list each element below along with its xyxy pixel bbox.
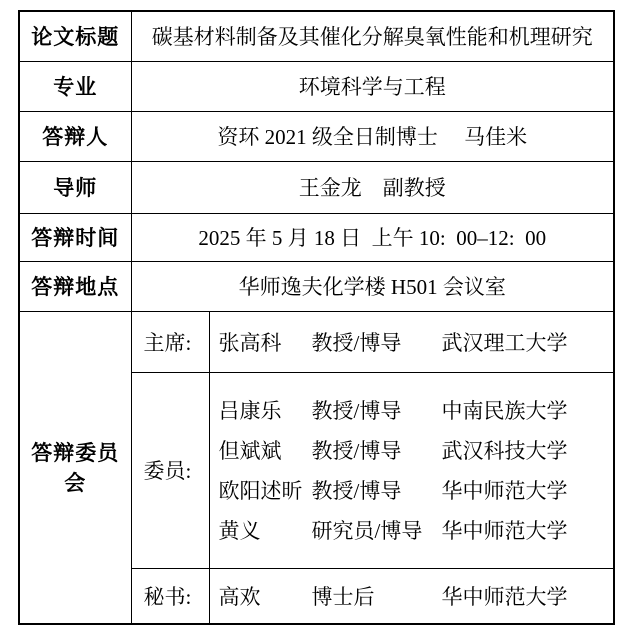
defender-label: 答辩人 [19,111,131,161]
committee-member-row: 高欢 博士后 华中师范大学 [210,581,614,611]
advisor-value: 王金龙 副教授 [131,161,614,213]
member-title: 教授/博导 [312,327,442,357]
defense-time-label: 答辩时间 [19,213,131,261]
row-thesis-title: 论文标题 碳基材料制备及其催化分解臭氧性能和机理研究 [19,11,614,61]
member-name: 黄义 [219,515,312,545]
advisor-label: 导师 [19,161,131,213]
member-name: 欧阳述昕 [219,475,312,505]
chair-role-label: 主席: [131,311,209,372]
row-major: 专业 环境科学与工程 [19,61,614,111]
member-affiliation: 华中师范大学 [442,581,614,611]
row-defense-location: 答辩地点 华师逸夫化学楼 H501 会议室 [19,261,614,311]
member-name: 高欢 [219,581,312,611]
committee-member-row: 吕康乐 教授/博导 中南民族大学 [210,390,614,430]
committee-member-row: 欧阳述昕 教授/博导 华中师范大学 [210,470,614,510]
member-title: 教授/博导 [312,395,442,425]
defense-time-value: 2025 年 5 月 18 日 上午 10: 00–12: 00 [131,213,614,261]
row-advisor: 导师 王金龙 副教授 [19,161,614,213]
major-label: 专业 [19,61,131,111]
major-value: 环境科学与工程 [131,61,614,111]
member-affiliation: 华中师范大学 [442,515,614,545]
chair-members-cell: 张高科 教授/博导 武汉理工大学 [209,311,614,372]
committee-member-row: 但斌斌 教授/博导 武汉科技大学 [210,430,614,470]
member-title: 研究员/博导 [312,515,442,545]
member-name: 张高科 [219,327,312,357]
thesis-title-value: 碳基材料制备及其催化分解臭氧性能和机理研究 [131,11,614,61]
row-defender: 答辩人 资环 2021 级全日制博士 马佳米 [19,111,614,161]
defense-info-table: 论文标题 碳基材料制备及其催化分解臭氧性能和机理研究 专业 环境科学与工程 答辩… [18,10,615,625]
members-cell: 吕康乐 教授/博导 中南民族大学 但斌斌 教授/博导 武汉科技大学 欧阳述昕 教… [209,372,614,568]
row-defense-time: 答辩时间 2025 年 5 月 18 日 上午 10: 00–12: 00 [19,213,614,261]
row-committee-chair: 答辩委员会 主席: 张高科 教授/博导 武汉理工大学 [19,311,614,372]
members-role-label: 委员: [131,372,209,568]
defense-location-label: 答辩地点 [19,261,131,311]
member-affiliation: 中南民族大学 [442,395,614,425]
member-affiliation: 华中师范大学 [442,475,614,505]
document-page: 论文标题 碳基材料制备及其催化分解臭氧性能和机理研究 专业 环境科学与工程 答辩… [0,0,630,641]
member-title: 教授/博导 [312,435,442,465]
secretary-members-cell: 高欢 博士后 华中师范大学 [209,568,614,624]
committee-member-row: 张高科 教授/博导 武汉理工大学 [210,327,614,357]
member-affiliation: 武汉科技大学 [442,435,614,465]
committee-member-row: 黄义 研究员/博导 华中师范大学 [210,510,614,550]
thesis-title-label: 论文标题 [19,11,131,61]
member-title: 教授/博导 [312,475,442,505]
member-affiliation: 武汉理工大学 [442,327,614,357]
defense-location-value: 华师逸夫化学楼 H501 会议室 [131,261,614,311]
member-name: 但斌斌 [219,435,312,465]
member-title: 博士后 [312,581,442,611]
committee-label: 答辩委员会 [19,311,131,624]
secretary-role-label: 秘书: [131,568,209,624]
member-name: 吕康乐 [219,395,312,425]
defender-value: 资环 2021 级全日制博士 马佳米 [131,111,614,161]
